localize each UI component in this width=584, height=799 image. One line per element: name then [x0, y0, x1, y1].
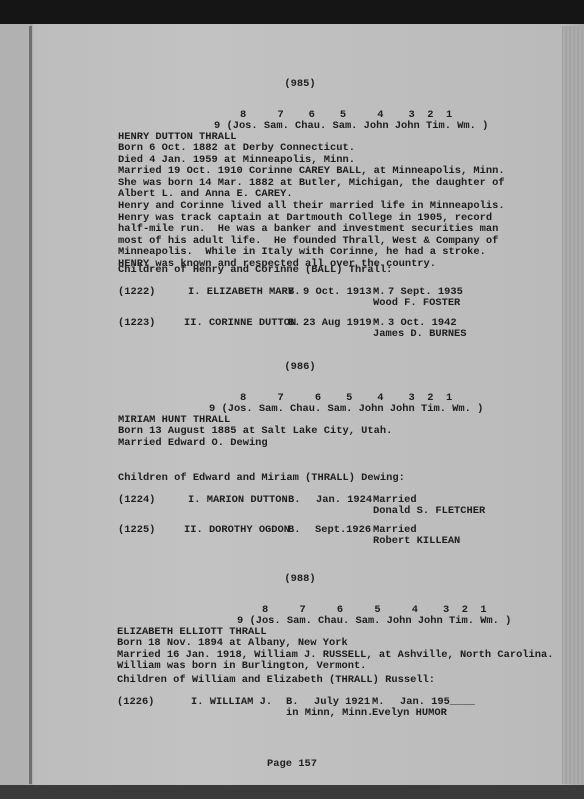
child-name: I. MARION DUTTON: [188, 495, 288, 507]
child-spouse: Wood F. FOSTER: [373, 298, 460, 310]
child-birth-label: B.: [288, 495, 300, 507]
child-number: (1224): [118, 495, 155, 507]
children-heading: Children of Henry and Corinne (BALL) Thr…: [118, 265, 392, 277]
child-number: (1223): [118, 318, 155, 330]
page-number: Page 157: [262, 759, 322, 771]
bio-line: Born 6 Oct. 1882 at Derby Connecticut.: [118, 143, 505, 155]
bio-line: Married Edward O. Dewing: [118, 438, 392, 450]
ancestry-line: 9 (Jos. Sam. Chau. Sam. John John Tim. W…: [237, 616, 511, 628]
bio-line: Henry and Corinne lived all their marrie…: [118, 201, 505, 213]
child-birthplace: in Minn, Minn.: [286, 708, 373, 720]
scan-bottom-border: [0, 785, 584, 799]
child-name: I. ELIZABETH MARY: [188, 287, 294, 299]
left-page-edge: [0, 24, 30, 787]
entry-id: (985): [270, 79, 330, 91]
entry-id: (988): [270, 574, 330, 586]
child-birth-label: B.: [288, 525, 300, 537]
child-name: II. DOROTHY OGDON: [184, 525, 290, 537]
child-number: (1222): [118, 287, 155, 299]
child-number: (1226): [117, 697, 154, 709]
child-name: II. CORINNE DUTTON: [184, 318, 296, 330]
children-heading: Children of William and Elizabeth (THRAL…: [117, 675, 435, 687]
child-birth: 9 Oct. 1913: [303, 287, 372, 299]
child-birth-label: B.: [288, 318, 300, 330]
ancestry-line: 9 (Jos. Sam. Chau. Sam. John John Tim. W…: [214, 121, 488, 133]
bio-line: half-mile run. He was a banker and inves…: [118, 224, 505, 236]
child-name: I. WILLIAM J.: [191, 697, 272, 709]
child-spouse: James D. BURNES: [373, 329, 467, 341]
child-spouse: Robert KILLEAN: [373, 536, 460, 548]
bio-line: Born 18 Nov. 1894 at Albany, New York: [117, 638, 553, 650]
page-stack-edge: [562, 26, 584, 784]
child-spouse: Donald S. FLETCHER: [373, 506, 485, 518]
child-birth: Sept.1926: [315, 525, 371, 537]
person-bio: Born 13 August 1885 at Salt Lake City, U…: [118, 426, 392, 449]
person-bio: Born 6 Oct. 1882 at Derby Connecticut. D…: [118, 143, 505, 271]
scan-top-border: [0, 0, 584, 26]
book-gutter: [29, 26, 32, 784]
person-bio: Born 18 Nov. 1894 at Albany, New York Ma…: [117, 638, 553, 673]
child-spouse: Evelyn HUMOR: [372, 708, 447, 720]
bio-line: Born 13 August 1885 at Salt Lake City, U…: [118, 426, 392, 438]
child-number: (1225): [118, 525, 155, 537]
children-heading: Children of Edward and Miriam (THRALL) D…: [118, 473, 405, 485]
child-birth: Jan. 1924: [316, 495, 372, 507]
child-birth-label: B.: [288, 287, 300, 299]
bio-line: William was born in Burlington, Vermont.: [117, 661, 553, 673]
ancestry-line: 9 (Jos. Sam. Chau. Sam. John John Tim. W…: [209, 404, 483, 416]
entry-id: (986): [270, 362, 330, 374]
child-birth: 23 Aug 1919: [303, 318, 372, 330]
